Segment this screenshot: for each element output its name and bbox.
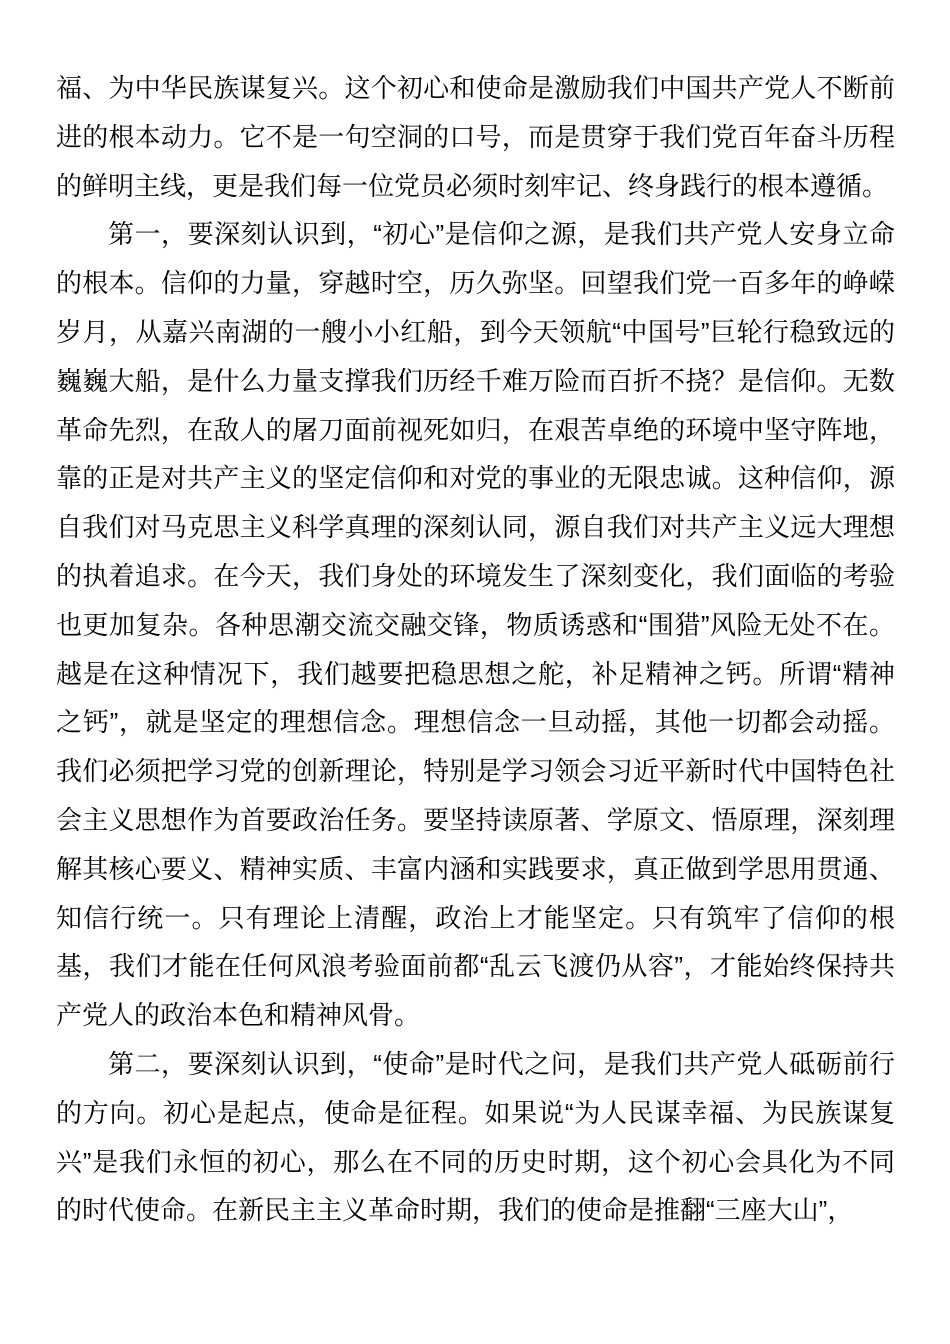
document-page: 福、为中华民族谋复兴。这个初心和使命是激励我们中国共产党人不断前进的根本动力。它… — [0, 0, 950, 1344]
paragraph: 福、为中华民族谋复兴。这个初心和使命是激励我们中国共产党人不断前进的根本动力。它… — [56, 64, 895, 210]
paragraph: 第一，要深刻认识到，“初心”是信仰之源，是我们共产党人安身立命的根本。信仰的力量… — [56, 210, 895, 1040]
document-text-body: 福、为中华民族谋复兴。这个初心和使命是激励我们中国共产党人不断前进的根本动力。它… — [56, 64, 895, 1235]
paragraph: 第二，要深刻认识到，“使命”是时代之问，是我们共产党人砥砺前行的方向。初心是起点… — [56, 1040, 895, 1235]
